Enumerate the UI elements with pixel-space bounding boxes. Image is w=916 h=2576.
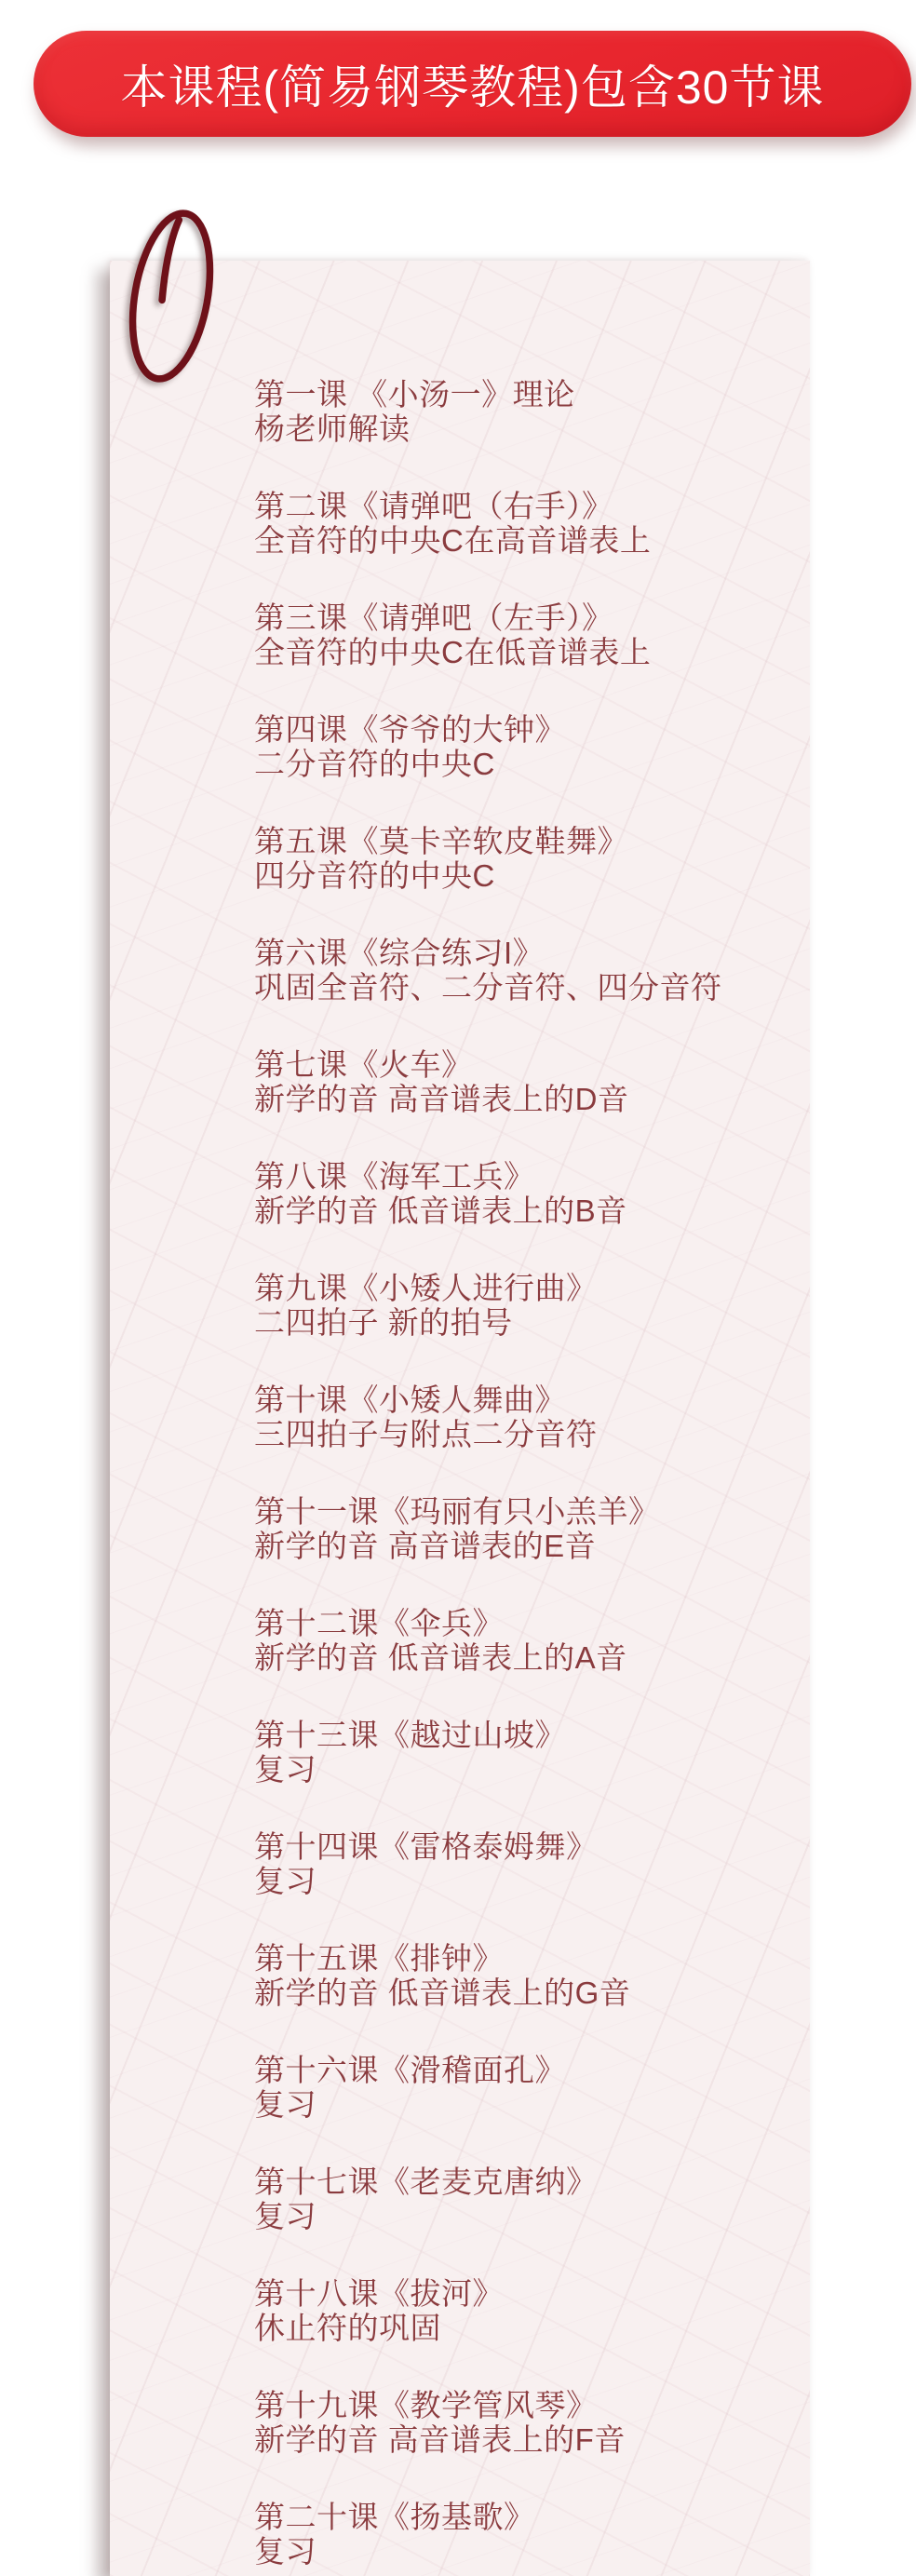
lesson-title: 第二十课《扬基歌》 bbox=[254, 2500, 773, 2534]
lesson-title: 第十九课《教学管风琴》 bbox=[254, 2388, 773, 2422]
lesson-item: 第十二课《伞兵》 新学的音 低音谱表上的A音 bbox=[254, 1606, 773, 1675]
lesson-title: 第十六课《滑稽面孔》 bbox=[254, 2053, 773, 2087]
course-banner: 本课程(简易钢琴教程)包含30节课 bbox=[34, 31, 911, 137]
lesson-title: 第三课《请弹吧（左手）》 bbox=[254, 600, 773, 635]
lesson-title: 第四课《爷爷的大钟》 bbox=[254, 712, 773, 747]
lesson-item: 第十课《小矮人舞曲》 三四拍子与附点二分音符 bbox=[254, 1382, 773, 1451]
lesson-title: 第十七课《老麦克唐纳》 bbox=[254, 2165, 773, 2199]
lesson-subtitle: 巩固全音符、二分音符、四分音符 bbox=[254, 970, 773, 1005]
lesson-title: 第二课《请弹吧（右手）》 bbox=[254, 489, 773, 523]
lesson-item: 第五课《莫卡辛软皮鞋舞》 四分音符的中央C bbox=[254, 824, 773, 893]
lesson-subtitle: 全音符的中央C在高音谱表上 bbox=[254, 523, 773, 558]
lesson-subtitle: 三四拍子与附点二分音符 bbox=[254, 1417, 773, 1451]
lesson-item: 第九课《小矮人进行曲》 二四拍子 新的拍号 bbox=[254, 1271, 773, 1340]
lesson-title: 第八课《海军工兵》 bbox=[254, 1159, 773, 1194]
lesson-item: 第六课《综合练习I》 巩固全音符、二分音符、四分音符 bbox=[254, 936, 773, 1005]
lesson-subtitle: 二四拍子 新的拍号 bbox=[254, 1305, 773, 1340]
lesson-item: 第七课《火车》 新学的音 高音谱表上的D音 bbox=[254, 1047, 773, 1116]
lesson-title: 第十课《小矮人舞曲》 bbox=[254, 1382, 773, 1417]
lesson-item: 第十八课《拔河》 休止符的巩固 bbox=[254, 2276, 773, 2345]
lesson-title: 第一课 《小汤一》理论 bbox=[254, 377, 773, 411]
course-paper-sheet: 第一课 《小汤一》理论 杨老师解读 第二课《请弹吧（右手）》 全音符的中央C在高… bbox=[110, 261, 810, 2576]
lesson-item: 第八课《海军工兵》 新学的音 低音谱表上的B音 bbox=[254, 1159, 773, 1228]
course-overview-page: 本课程(简易钢琴教程)包含30节课 第一课 《小汤一》理论 杨老师解读 第二课《… bbox=[0, 0, 916, 2576]
lesson-subtitle: 复习 bbox=[254, 2199, 773, 2233]
lesson-subtitle: 新学的音 低音谱表上的B音 bbox=[254, 1194, 773, 1228]
lesson-subtitle: 复习 bbox=[254, 2534, 773, 2569]
lesson-title: 第六课《综合练习I》 bbox=[254, 936, 773, 970]
lesson-subtitle: 新学的音 低音谱表上的G音 bbox=[254, 1976, 773, 2010]
lesson-item: 第二十课《扬基歌》 复习 bbox=[254, 2500, 773, 2569]
lesson-item: 第三课《请弹吧（左手）》 全音符的中央C在低音谱表上 bbox=[254, 600, 773, 669]
lesson-subtitle: 休止符的巩固 bbox=[254, 2311, 773, 2345]
lesson-item: 第十四课《雷格泰姆舞》 复习 bbox=[254, 1829, 773, 1898]
lesson-item: 第十九课《教学管风琴》 新学的音 高音谱表上的F音 bbox=[254, 2388, 773, 2457]
lesson-subtitle: 新学的音 高音谱表上的F音 bbox=[254, 2422, 773, 2457]
lesson-title: 第十三课《越过山坡》 bbox=[254, 1718, 773, 1752]
lesson-title: 第十八课《拔河》 bbox=[254, 2276, 773, 2311]
lesson-item: 第十七课《老麦克唐纳》 复习 bbox=[254, 2165, 773, 2233]
lesson-subtitle: 全音符的中央C在低音谱表上 bbox=[254, 635, 773, 669]
lesson-title: 第七课《火车》 bbox=[254, 1047, 773, 1082]
lesson-title: 第九课《小矮人进行曲》 bbox=[254, 1271, 773, 1305]
lesson-subtitle: 二分音符的中央C bbox=[254, 747, 773, 781]
lesson-title: 第十二课《伞兵》 bbox=[254, 1606, 773, 1640]
lesson-item: 第十六课《滑稽面孔》 复习 bbox=[254, 2053, 773, 2122]
lesson-item: 第十五课《排钟》 新学的音 低音谱表上的G音 bbox=[254, 1941, 773, 2010]
lesson-list: 第一课 《小汤一》理论 杨老师解读 第二课《请弹吧（右手）》 全音符的中央C在高… bbox=[110, 261, 810, 2569]
lesson-title: 第十五课《排钟》 bbox=[254, 1941, 773, 1976]
course-banner-label: 本课程(简易钢琴教程)包含30节课 bbox=[121, 50, 825, 117]
lesson-subtitle: 新学的音 高音谱表上的D音 bbox=[254, 1082, 773, 1116]
lesson-item: 第四课《爷爷的大钟》 二分音符的中央C bbox=[254, 712, 773, 781]
lesson-item: 第十三课《越过山坡》 复习 bbox=[254, 1718, 773, 1787]
lesson-item: 第一课 《小汤一》理论 杨老师解读 bbox=[254, 377, 773, 446]
lesson-title: 第五课《莫卡辛软皮鞋舞》 bbox=[254, 824, 773, 858]
lesson-subtitle: 新学的音 高音谱表的E音 bbox=[254, 1529, 773, 1563]
lesson-subtitle: 四分音符的中央C bbox=[254, 858, 773, 893]
lesson-item: 第二课《请弹吧（右手）》 全音符的中央C在高音谱表上 bbox=[254, 489, 773, 558]
lesson-subtitle: 复习 bbox=[254, 1752, 773, 1787]
lesson-title: 第十四课《雷格泰姆舞》 bbox=[254, 1829, 773, 1864]
lesson-subtitle: 新学的音 低音谱表上的A音 bbox=[254, 1640, 773, 1675]
lesson-item: 第十一课《玛丽有只小羔羊》 新学的音 高音谱表的E音 bbox=[254, 1494, 773, 1563]
lesson-subtitle: 复习 bbox=[254, 2087, 773, 2122]
lesson-subtitle: 杨老师解读 bbox=[254, 411, 773, 446]
lesson-title: 第十一课《玛丽有只小羔羊》 bbox=[254, 1494, 773, 1529]
paperclip-icon bbox=[117, 205, 222, 391]
lesson-subtitle: 复习 bbox=[254, 1864, 773, 1898]
